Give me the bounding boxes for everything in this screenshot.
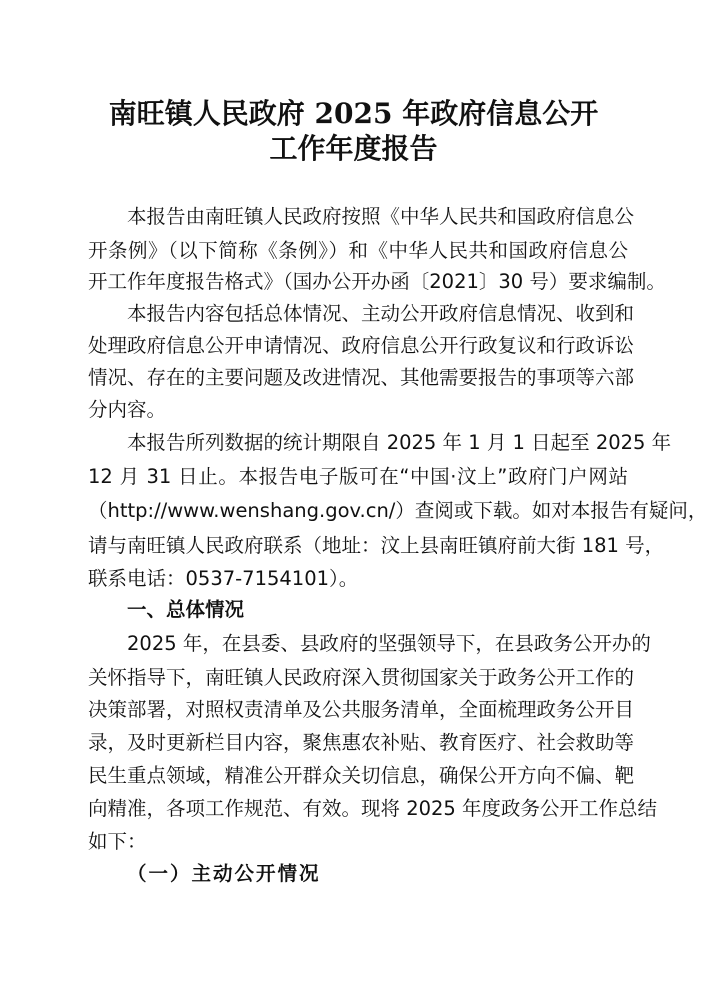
report-title-line1: 南旺镇人民政府 2025 年政府信息公开 (0, 96, 707, 132)
paragraph-line: 关怀指导下，南旺镇人民政府深入贯彻国家关于政务公开工作的 (88, 661, 628, 695)
subsection-heading: （一）主动公开情况 (127, 857, 321, 891)
url-line: （http://www.wenshang.gov.cn/）查阅或下载。如对本报告… (88, 494, 628, 528)
address-line: 请与南旺镇人民政府联系（地址：汶上县南旺镇府前大街 181 号， (88, 529, 628, 563)
paragraph-line: 12 月 31 日止。本报告电子版可在“中国·汶上”政府门户网站 (88, 460, 628, 494)
document-page: 南旺镇人民政府 2025 年政府信息公开 工作年度报告 本报告由南旺镇人民政府按… (0, 0, 707, 999)
paragraph-line: 如下： (88, 825, 628, 859)
paragraph-line: 本报告内容包括总体情况、主动公开政府信息情况、收到和 (127, 297, 628, 331)
paragraph-line: 本报告由南旺镇人民政府按照《中华人民共和国政府信息公 (127, 200, 628, 234)
paragraph-line: 开工作年度报告格式》（国办公开办函〔2021〕30 号）要求编制。 (88, 265, 628, 299)
paragraph-line: 本报告所列数据的统计期限自 2025 年 1 月 1 日起至 2025 年 (127, 426, 628, 460)
paragraph-line: 决策部署，对照权责清单及公共服务清单，全面梳理政务公开目 (88, 693, 628, 727)
paragraph-line: 录，及时更新栏目内容，聚焦惠农补贴、教育医疗、社会救助等 (88, 726, 628, 760)
paragraph-line: 向精准，各项工作规范、有效。现将 2025 年度政务公开工作总结 (88, 792, 628, 826)
report-title-line2: 工作年度报告 (0, 131, 707, 167)
paragraph-line: 处理政府信息公开申请情况、政府信息公开行政复议和行政诉讼 (88, 329, 628, 363)
paragraph-line: 开条例》（以下简称《条例》）和《中华人民共和国政府信息公 (88, 234, 628, 268)
paragraph-line: 2025 年，在县委、县政府的坚强领导下，在县政务公开办的 (127, 627, 628, 661)
paragraph-line: 民生重点领域，精准公开群众关切信息，确保公开方向不偏、靶 (88, 759, 628, 793)
phone-line: 联系电话：0537-7154101）。 (88, 562, 628, 596)
paragraph-line: 分内容。 (88, 393, 628, 427)
section-heading: 一、总体情况 (127, 593, 244, 627)
paragraph-line: 情况、存在的主要问题及改进情况、其他需要报告的事项等六部 (88, 361, 628, 395)
